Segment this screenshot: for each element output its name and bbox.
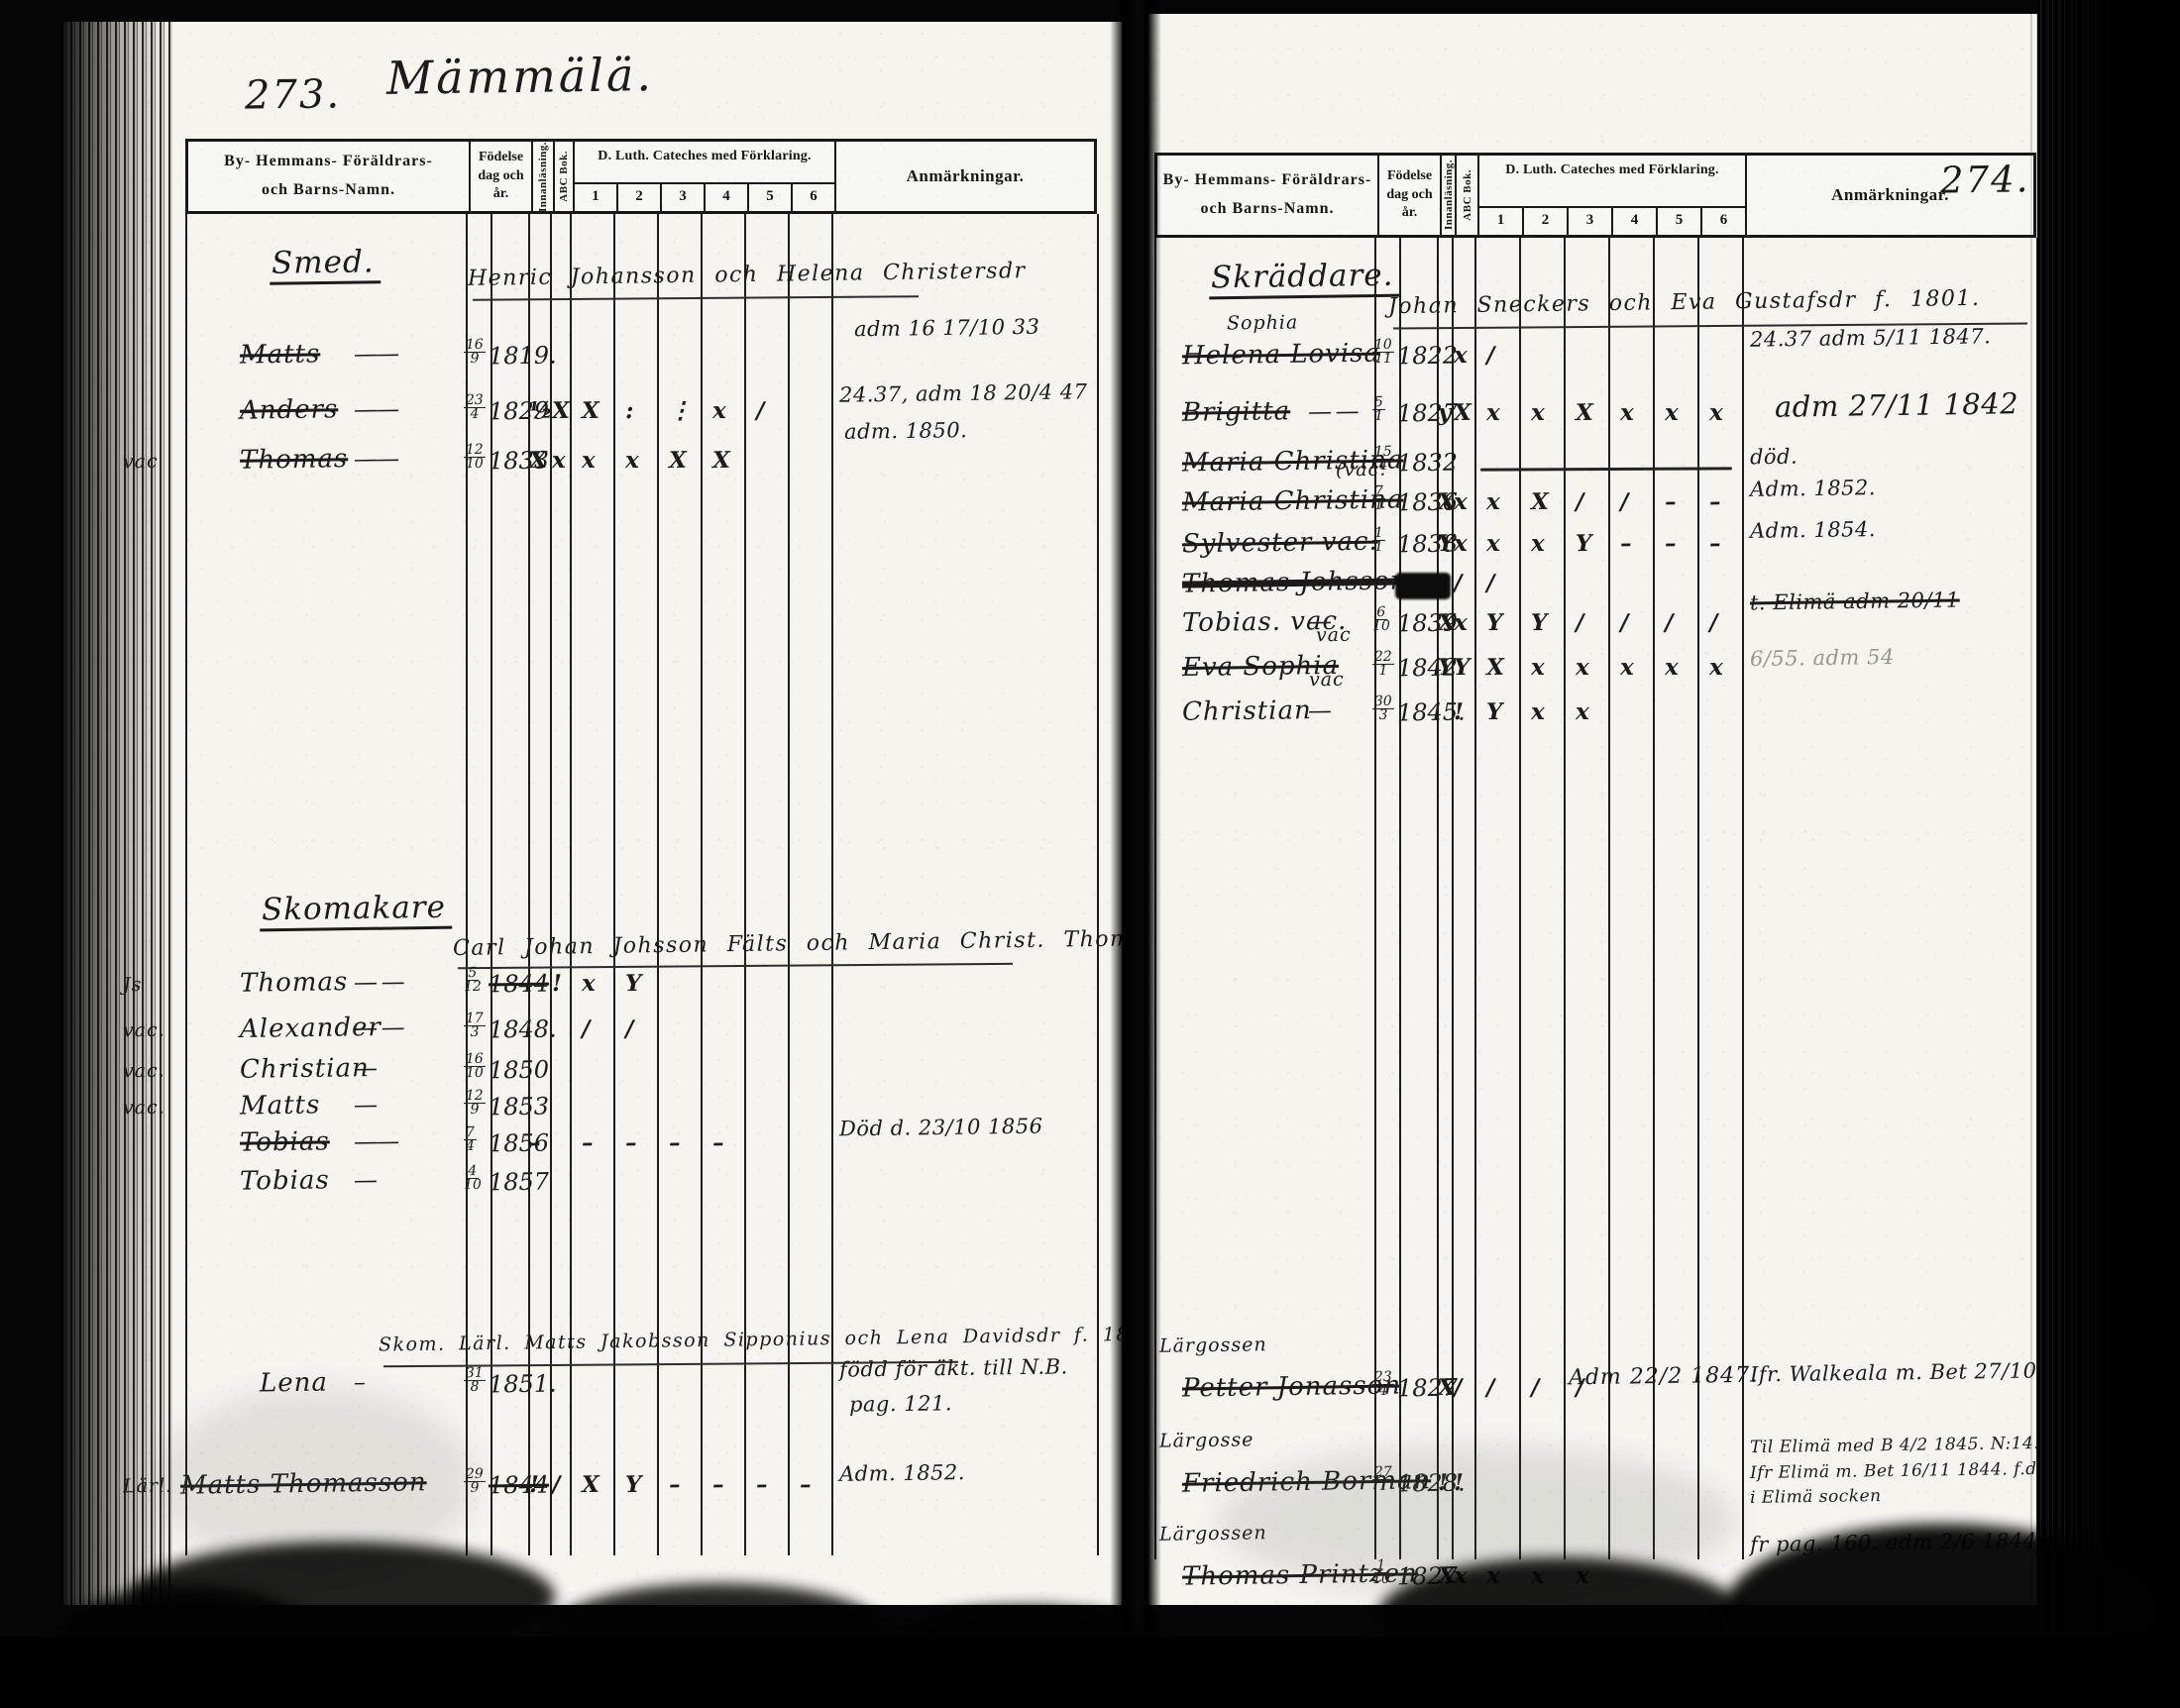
section-heading: Skomakare: [260, 891, 453, 932]
remark-note: adm. 1850.: [844, 419, 968, 444]
birth-year: 1857: [489, 1169, 549, 1196]
reading-mark: –: [669, 1472, 682, 1497]
col-innanlasning: Innanläsning.: [531, 142, 553, 211]
birth-year: 1850: [489, 1057, 549, 1084]
table-header-left: By- Hemmans- Föräldrars- och Barns-Namn.…: [185, 139, 1097, 214]
person-name: Matts: [240, 1091, 321, 1121]
reading-mark: X: [582, 398, 600, 424]
reading-mark: x: [1531, 655, 1546, 680]
name-dash: —: [354, 1055, 376, 1082]
birth-day-fraction: 221: [1372, 651, 1394, 678]
col-birth: Födelse dag och år.: [469, 142, 531, 211]
row-label: Lärgossen: [1159, 1334, 1267, 1356]
reading-mark: –: [1709, 531, 1722, 556]
reading-mark: x: [1576, 699, 1590, 724]
reading-mark: Y: [625, 1472, 643, 1498]
reading-mark: /: [1454, 571, 1464, 595]
reading-mark: /: [1620, 489, 1630, 514]
col-birth-line1: Födelse: [471, 149, 531, 167]
birth-day-fraction: 303: [1372, 695, 1394, 722]
birth-day-fraction: 11: [1372, 527, 1385, 554]
row-prefix: vac.: [123, 1098, 165, 1119]
birth-day-fraction: 173: [464, 1013, 486, 1039]
col-birth-line2: dag och: [471, 167, 531, 186]
person-name: Tobias: [240, 1166, 330, 1196]
reading-mark: –: [1665, 489, 1678, 514]
person-name: Tobias: [240, 1127, 330, 1157]
column-rule: [831, 214, 833, 1555]
reading-mark: Y: [1454, 655, 1471, 681]
col-birth-line2: dag och: [1379, 186, 1440, 205]
reading-mark: Y: [1531, 610, 1549, 636]
reading-mark: !: [1454, 699, 1465, 724]
column-rule: [1742, 238, 1744, 1559]
col-innanlasning: Innanläsning.: [1440, 156, 1455, 235]
row-label: Lärgosse: [1159, 1430, 1254, 1451]
person-name: Anders: [240, 395, 339, 425]
birth-year: 1848.: [489, 1016, 557, 1043]
remark-note: Adm. 1854.: [1750, 518, 1876, 543]
reading-mark: x: [1486, 400, 1501, 425]
name-dash: ——: [354, 341, 397, 368]
reading-mark: –: [756, 1472, 769, 1497]
name-dash: ——: [354, 396, 397, 423]
remark-note: 24.37 adm 5/11 1847.: [1750, 325, 1992, 351]
remark-note: pag. 121.: [849, 1392, 952, 1417]
cateches-col-1: 1: [1479, 208, 1522, 235]
column-rule: [1474, 238, 1476, 1559]
birth-day-fraction: 1011: [1372, 339, 1394, 366]
name-dash: —: [354, 1167, 376, 1194]
reading-mark: x: [1486, 489, 1501, 514]
reading-mark: x: [712, 398, 727, 423]
reading-mark: x: [1576, 655, 1590, 680]
birth-day-fraction: 1210: [464, 444, 486, 471]
name-dash: —: [1308, 697, 1330, 724]
reading-mark: /: [1665, 610, 1675, 635]
birth-day-fraction: 234: [464, 394, 486, 421]
reading-mark: x: [582, 448, 597, 473]
col-abc-bok: ABC Bok.: [553, 142, 573, 211]
reading-mark: X: [552, 398, 571, 424]
col-birth: Födelse dag och år.: [1377, 156, 1440, 235]
reading-mark: –: [712, 1472, 725, 1497]
reading-mark: X: [529, 448, 548, 474]
column-rule: [1374, 238, 1376, 1559]
column-rule: [1097, 214, 1099, 1555]
reading-mark: /: [552, 1472, 562, 1497]
person-name: Christian: [1182, 696, 1312, 726]
birth-year: 1822: [1397, 343, 1458, 370]
column-rule: [1653, 238, 1655, 1559]
table-header-right: By- Hemmans- Föräldrars- och Barns-Namn.…: [1154, 153, 2036, 238]
reading-mark: x: [582, 971, 597, 996]
reading-mark: x: [1709, 400, 1724, 425]
column-rule: [788, 214, 790, 1555]
reading-mark: x: [552, 448, 567, 473]
reading-mark: ⋮: [669, 398, 693, 424]
remark-note: Adm. 1852.: [1750, 477, 1876, 501]
reading-mark: /: [1576, 610, 1585, 635]
person-name: Brigitta: [1182, 397, 1291, 427]
reading-mark: x: [1486, 531, 1501, 556]
ink-blot: [1395, 573, 1451, 599]
family-underline: [458, 963, 1013, 969]
col-cateches: D. Luth. Cateches med Förklaring. 1 2 3 …: [1477, 156, 1745, 235]
reading-mark: Y: [1576, 531, 1593, 557]
scan-black-border-right: [2037, 0, 2180, 1708]
remark-note: död.: [1750, 446, 1798, 470]
person-name: Christian: [240, 1054, 370, 1084]
col-names: By- Hemmans- Föräldrars- och Barns-Namn.: [1157, 156, 1377, 235]
birth-year: 1844: [489, 971, 549, 998]
col-birth-line1: Födelse: [1379, 167, 1440, 186]
reading-mark: /: [1486, 343, 1496, 368]
row-prefix: vac.: [123, 1020, 165, 1041]
cateches-col-6: 6: [791, 184, 834, 211]
cateches-subcolumns: 1 2 3 4 5 6: [1479, 206, 1745, 235]
birth-day-fraction: 51: [1372, 396, 1385, 423]
page-number-left: 273.: [245, 72, 342, 117]
col-birth-line3: år.: [1379, 204, 1440, 223]
page-stack-edge-texture: [61, 22, 172, 1605]
column-rule: [1697, 238, 1699, 1559]
row-prefix: vac.: [123, 1061, 165, 1082]
reading-mark: X: [1454, 400, 1472, 426]
reading-mark: X: [1486, 655, 1505, 681]
reading-mark: /: [1486, 1375, 1496, 1400]
col-cateches-label: D. Luth. Cateches med Förklaring.: [1479, 156, 1745, 178]
reading-mark: x: [1620, 655, 1635, 680]
reading-mark: !: [529, 1472, 540, 1497]
person-name: Matts: [240, 340, 321, 370]
name-dash: —: [354, 1092, 376, 1119]
reading-mark: x: [1531, 699, 1546, 724]
family-header: Skom. Lärl. Matts Jakobsson Sipponius oc…: [379, 1324, 1164, 1355]
col-names-line2: och Barns-Namn.: [188, 176, 469, 205]
page-right: 274. By- Hemmans- Föräldrars- och Barns-…: [1147, 14, 2084, 1605]
birth-day-fraction: 234: [1372, 1371, 1394, 1398]
column-rule: [185, 214, 187, 1555]
section-heading: Smed.: [270, 245, 381, 285]
remark-note: 6/55. adm 54: [1750, 646, 1895, 671]
birth-day-fraction: 318: [464, 1367, 486, 1394]
birth-day-fraction: 129: [464, 1090, 486, 1117]
name-superscript: (vac.: [1336, 460, 1386, 481]
name-dash: — —: [1308, 398, 1358, 425]
name-dash: —: [1308, 529, 1330, 556]
reading-mark: Y: [625, 971, 643, 997]
name-superscript: Sophia: [1227, 312, 1299, 334]
reading-mark: X: [1576, 400, 1594, 426]
col-abc-bok-label: ABC Bok.: [558, 151, 570, 202]
reading-mark: X: [712, 448, 731, 474]
cateches-col-2: 2: [1522, 208, 1567, 235]
col-names-line2: och Barns-Namn.: [1157, 195, 1377, 224]
birth-day-fraction: 169: [464, 339, 486, 366]
page-number-right: 274.: [1940, 160, 2030, 201]
birth-day-fraction: 71: [1372, 485, 1385, 512]
person-name: Thomas: [240, 445, 349, 475]
reading-mark: x: [1454, 489, 1469, 514]
person-name: Thomas: [240, 968, 349, 998]
reading-mark: x: [625, 448, 640, 473]
column-rule: [613, 214, 615, 1555]
family-underline: [473, 295, 919, 301]
reading-mark: /: [582, 1016, 592, 1041]
person-name: Sylvester vac.: [1182, 528, 1378, 559]
remark-note: Död d. 23/10 1856: [839, 1116, 1043, 1141]
scan-black-border-bottom: [0, 1637, 2180, 1708]
column-rule: [1608, 238, 1610, 1559]
cateches-col-3: 3: [1567, 208, 1611, 235]
column-rule: [1437, 238, 1439, 1559]
reading-mark: y: [1438, 400, 1453, 425]
column-rule: [1452, 238, 1454, 1559]
dash-span: [1480, 467, 1732, 471]
reading-mark: /: [625, 1016, 635, 1041]
reading-mark: /: [1454, 1375, 1464, 1400]
cateches-col-1: 1: [575, 184, 616, 211]
reading-mark: Y: [1486, 699, 1504, 725]
col-innanlasning-label: Innanläsning.: [1443, 160, 1455, 230]
name-dash: ——: [354, 1128, 397, 1155]
birth-day-fraction: 1610: [464, 1053, 486, 1080]
reading-mark: X: [1531, 489, 1550, 515]
family-header: Johan Sneckers och Eva Gustafsdr f. 1801…: [1388, 287, 1981, 320]
reading-mark: –: [712, 1130, 725, 1155]
cateches-col-3: 3: [660, 184, 704, 211]
reading-mark: Y: [1486, 610, 1504, 636]
reading-mark: –: [1620, 531, 1633, 556]
cateches-col-5: 5: [1656, 208, 1700, 235]
name-dash: ——: [354, 446, 397, 473]
col-birth-line3: år.: [471, 185, 531, 204]
scan-root: { "scan_colors": {"paper": "#f5f4ef", "i…: [0, 0, 2180, 1708]
reading-mark: –: [582, 1130, 595, 1155]
name-superscript: vac: [1316, 625, 1352, 646]
village-title: Mämmälä.: [386, 50, 655, 103]
reading-mark: !: [552, 971, 563, 996]
reading-mark: x: [1665, 655, 1680, 680]
column-rule: [1399, 238, 1401, 1559]
book-gutter: [1110, 0, 1161, 1708]
col-cateches-label: D. Luth. Cateches med Förklaring.: [575, 142, 834, 164]
person-name: Thomas Johsson: [1182, 567, 1408, 598]
column-rule: [701, 214, 703, 1555]
birth-day-fraction: 610: [1372, 606, 1390, 633]
col-abc-bok-label: ABC Bok.: [1462, 169, 1473, 221]
person-name: Maria Christina: [1182, 485, 1404, 517]
reading-mark: /: [1531, 1375, 1541, 1400]
column-rule: [657, 214, 659, 1555]
reading-mark: x: [1531, 400, 1546, 425]
reading-mark: /: [1576, 489, 1585, 514]
person-name: Petter Jonasson: [1182, 1371, 1401, 1403]
name-dash: — —: [354, 969, 403, 996]
reading-mark: x: [1531, 531, 1546, 556]
cateches-col-4: 4: [1611, 208, 1656, 235]
remark-note: Til Elimä med B 4/2 1845. N:14.: [1750, 1435, 2040, 1457]
birth-day-fraction: 410: [464, 1165, 482, 1192]
family-header: Henric Johansson och Helena Christersdr: [468, 260, 1027, 291]
birth-day-fraction: 74: [464, 1126, 477, 1153]
remark-note: Ifr Elimä m. Bet 16/11 1844. f.d: [1750, 1460, 2037, 1483]
reading-mark: x: [1454, 531, 1469, 556]
reading-mark: ½: [529, 398, 554, 424]
inline-note: Adm 22/2 1847.: [1569, 1364, 1759, 1391]
remark-note: adm 27/11 1842: [1775, 388, 2019, 423]
reading-mark: –: [1665, 531, 1678, 556]
cateches-col-2: 2: [616, 184, 660, 211]
remark-note: född för äkt. till N.B.: [839, 1355, 1068, 1381]
col-anmarkningar-label: Anmärkningar.: [907, 166, 1025, 186]
col-anmarkningar: Anmärkningar.: [834, 142, 1094, 211]
name-superscript: vac: [1309, 670, 1345, 691]
col-innanlasning-label: Innanläsning.: [537, 142, 549, 211]
reading-mark: x: [1454, 343, 1469, 368]
col-names-line1: By- Hemmans- Föräldrars-: [1157, 166, 1377, 195]
cateches-subcolumns: 1 2 3 4 5 6: [575, 182, 834, 211]
col-abc-bok: ABC Bok.: [1455, 156, 1477, 235]
remark-note: adm 16 17/10 33: [854, 316, 1040, 342]
section-heading: Skräddare.: [1209, 259, 1400, 300]
birth-year: 1853: [489, 1094, 549, 1121]
birth-year: 1851.: [489, 1371, 557, 1398]
reading-mark: X: [669, 448, 688, 474]
person-name: Helena Lovisa: [1182, 340, 1380, 371]
row-prefix: Js: [123, 975, 143, 996]
cateches-col-5: 5: [747, 184, 791, 211]
remark-note: 24.37, adm 18 20/4 47: [839, 380, 1088, 407]
reading-mark: –: [1709, 489, 1722, 514]
reading-mark: –: [800, 1472, 813, 1497]
reading-mark: /: [756, 398, 766, 423]
reading-mark: x: [1454, 610, 1469, 635]
reading-mark: /: [1620, 610, 1630, 635]
birth-year: 1819.: [489, 343, 557, 370]
column-rule: [1519, 238, 1521, 1559]
col-cateches: D. Luth. Cateches med Förklaring. 1 2 3 …: [573, 142, 834, 211]
cateches-col-4: 4: [704, 184, 747, 211]
cateches-col-6: 6: [1700, 208, 1745, 235]
reading-mark: x: [1620, 400, 1635, 425]
reading-mark: –: [669, 1130, 682, 1155]
reading-mark: –: [625, 1130, 638, 1155]
reading-mark: /: [1709, 610, 1719, 635]
column-rule: [744, 214, 746, 1555]
col-names-line1: By- Hemmans- Föräldrars-: [188, 148, 469, 176]
column-rule: [1564, 238, 1566, 1559]
reading-mark: x: [1709, 655, 1724, 680]
birth-year: 1832: [1397, 450, 1458, 477]
remark-note: t. Elimä adm 20/11: [1750, 589, 1960, 615]
row-prefix: vac: [123, 452, 159, 473]
birth-day-fraction: 512: [464, 967, 482, 994]
remark-note: i Elimä socken: [1750, 1487, 1882, 1508]
col-anmarkningar-label: Anmärkningar.: [1831, 185, 1949, 205]
remark-note: Adm. 1852.: [839, 1461, 965, 1486]
col-names: By- Hemmans- Föräldrars- och Barns-Namn.: [188, 142, 469, 211]
reading-mark: :: [625, 398, 635, 423]
name-dash: — —: [354, 1014, 403, 1041]
reading-mark: /: [1486, 571, 1496, 595]
reading-mark: x: [1665, 400, 1680, 425]
reading-mark: –: [529, 1130, 542, 1155]
page-left: 273. Mämmälä. By- Hemmans- Föräldrars- o…: [61, 22, 1122, 1605]
reading-mark: X: [582, 1472, 600, 1498]
